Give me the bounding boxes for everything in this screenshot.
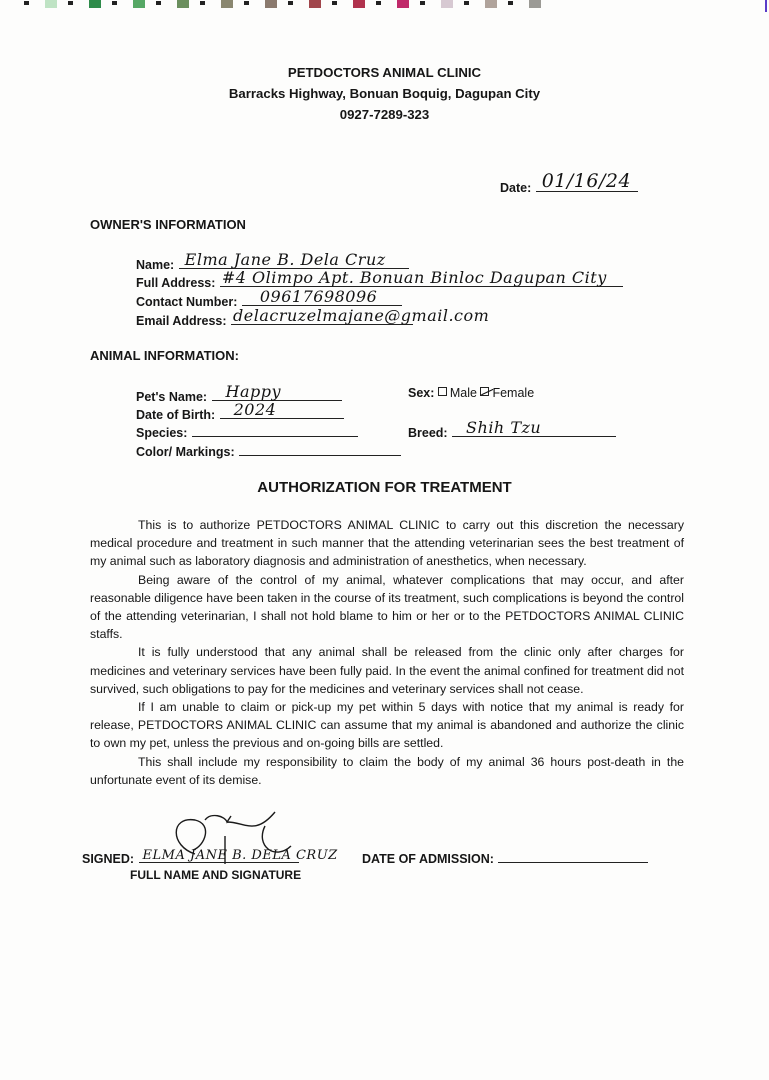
scan-tick <box>420 1 425 5</box>
scan-tick <box>24 1 29 5</box>
scan-tick <box>112 1 117 5</box>
authorization-body: This is to authorize PETDOCTORS ANIMAL C… <box>90 516 684 789</box>
pet-breed-field[interactable]: Breed: Shih Tzu <box>408 422 616 442</box>
scan-swatch <box>353 0 365 8</box>
scan-swatch <box>177 0 189 8</box>
authorization-paragraph: Being aware of the control of my animal,… <box>90 571 684 644</box>
clinic-address: Barracks Highway, Bonuan Boquig, Dagupan… <box>0 83 769 104</box>
pet-name-value: Happy <box>226 382 282 401</box>
pet-dob-label: Date of Birth: <box>136 408 215 422</box>
pet-breed-label: Breed: <box>408 426 448 440</box>
pet-sex-label: Sex: <box>408 386 434 400</box>
owner-contact-label: Contact Number: <box>136 295 237 309</box>
scan-swatch <box>133 0 145 8</box>
owner-address-value: #4 Olimpo Apt. Bonuan Binloc Dagupan Cit… <box>222 268 607 287</box>
sex-male-checkbox[interactable] <box>438 387 447 396</box>
date-value: 01/16/24 <box>542 170 631 192</box>
pet-color-field[interactable]: Color/ Markings: <box>136 441 401 461</box>
pet-species-label: Species: <box>136 426 187 440</box>
scan-tick <box>244 1 249 5</box>
scan-tick <box>200 1 205 5</box>
scan-swatch <box>529 0 541 8</box>
owner-name-label: Name: <box>136 258 174 272</box>
scan-swatch <box>221 0 233 8</box>
scan-swatch <box>265 0 277 8</box>
authorization-paragraph: If I am unable to claim or pick-up my pe… <box>90 698 684 753</box>
scan-swatch <box>45 0 57 8</box>
date-label: Date: <box>500 181 531 195</box>
scan-swatch <box>397 0 409 8</box>
owner-address-label: Full Address: <box>136 276 215 290</box>
scan-swatch <box>309 0 321 8</box>
sex-male-label: Male <box>450 386 477 400</box>
authorization-paragraph: This is to authorize PETDOCTORS ANIMAL C… <box>90 516 684 571</box>
owner-section-title: OWNER'S INFORMATION <box>90 217 246 232</box>
owner-email-field[interactable]: Email Address: delacruzelmajane@gmail.co… <box>136 310 413 330</box>
signature-caption: FULL NAME AND SIGNATURE <box>130 868 301 882</box>
clinic-header: PETDOCTORS ANIMAL CLINIC Barracks Highwa… <box>0 62 769 125</box>
admission-date-label: DATE OF ADMISSION: <box>362 852 494 866</box>
signed-field[interactable]: SIGNED: ELMA JANE B. DELA CRUZ <box>82 848 299 868</box>
scan-color-strip <box>0 0 769 9</box>
scan-tick <box>464 1 469 5</box>
pet-species-field[interactable]: Species: <box>136 422 358 442</box>
scan-tick <box>508 1 513 5</box>
pet-color-label: Color/ Markings: <box>136 445 235 459</box>
owner-contact-value: 09617698096 <box>260 287 377 306</box>
clinic-phone: 0927-7289-323 <box>0 104 769 125</box>
owner-email-value: delacruzelmajane@gmail.com <box>233 306 489 325</box>
pet-breed-value: Shih Tzu <box>466 418 541 437</box>
scan-edge-marker <box>765 0 767 12</box>
scan-swatch <box>441 0 453 8</box>
scan-tick <box>156 1 161 5</box>
scan-swatch <box>485 0 497 8</box>
owner-name-value: Elma Jane B. Dela Cruz <box>185 250 386 269</box>
owner-email-label: Email Address: <box>136 314 227 328</box>
pet-sex-field: Sex: Male Female <box>408 386 534 400</box>
clinic-name: PETDOCTORS ANIMAL CLINIC <box>0 62 769 83</box>
date-field[interactable]: Date: 01/16/24 <box>500 177 638 197</box>
scan-tick <box>68 1 73 5</box>
pet-dob-value: 2024 <box>234 400 277 419</box>
authorization-paragraph: This shall include my responsibility to … <box>90 753 684 789</box>
pet-dob-field[interactable]: Date of Birth: 2024 <box>136 404 344 424</box>
scan-tick <box>376 1 381 5</box>
owner-address-field[interactable]: Full Address: #4 Olimpo Apt. Bonuan Binl… <box>136 272 623 292</box>
animal-section-title: ANIMAL INFORMATION: <box>90 348 239 363</box>
scan-swatch <box>89 0 101 8</box>
authorization-title: AUTHORIZATION FOR TREATMENT <box>0 479 769 496</box>
sex-female-checkbox[interactable] <box>480 387 489 396</box>
signed-value: ELMA JANE B. DELA CRUZ <box>143 848 338 863</box>
signed-label: SIGNED: <box>82 852 134 866</box>
authorization-paragraph: It is fully understood that any animal s… <box>90 643 684 698</box>
pet-name-label: Pet's Name: <box>136 390 207 404</box>
scan-tick <box>332 1 337 5</box>
admission-date-field[interactable]: DATE OF ADMISSION: <box>362 848 648 868</box>
sex-female-label: Female <box>492 386 534 400</box>
scan-tick <box>288 1 293 5</box>
